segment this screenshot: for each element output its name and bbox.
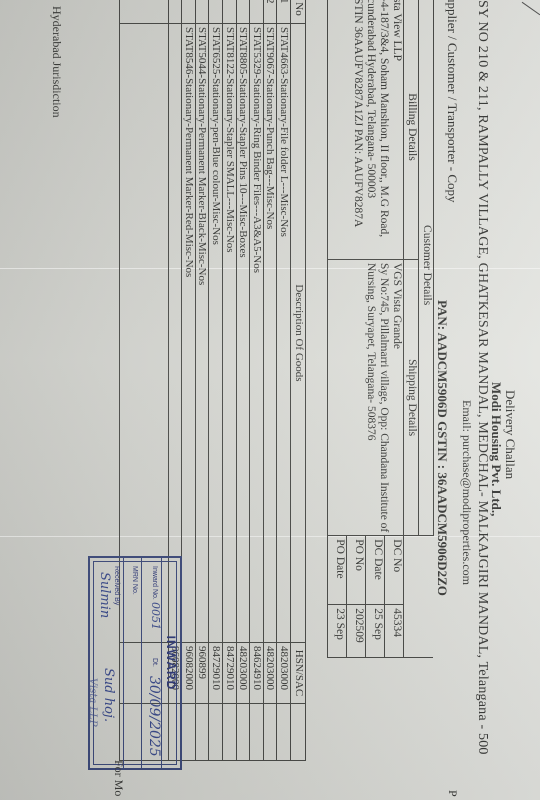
cell-hsn: 48203000 [277, 643, 291, 704]
cell-sno [250, 0, 264, 24]
inward-no-value: 0051 [149, 602, 162, 630]
dc-date-value: 25 Sep [366, 605, 385, 658]
cell-sno [236, 0, 250, 24]
company-address: SY NO 210 & 211, RAMPALLY VILLAGE, GHATK… [474, 0, 490, 755]
party-details-table: Customer Details Billing Details Shippin… [327, 0, 434, 658]
table-row: STAT8805-Stationary-Stapler Pins 10---Mi… [236, 0, 250, 761]
cell-sno [209, 0, 223, 24]
cell-description: STAT8122-Stationary-Stapler SMALL---Misc… [223, 24, 237, 643]
cell-hsn: 84624910 [250, 643, 264, 704]
cell-sno: 2 [263, 0, 277, 24]
cell-description [168, 24, 182, 643]
table-row: STAT5329-Stationary-Ring Binder Files---… [250, 0, 264, 761]
copy-label: upplier / Customer / Transporter - Copy [444, 0, 460, 203]
billing-details-header: Billing Details [404, 0, 419, 260]
table-row: STAT8546-Stationary-Permanent Marker-Red… [182, 0, 196, 761]
received-by-label: Received By [113, 566, 120, 605]
customer-details-header: Customer Details [419, 0, 434, 536]
billing-address: sta View LLP -4-187/3&4, Soham Manshion,… [328, 0, 404, 260]
signature: Sud hoj. [101, 668, 116, 722]
inward-stamp: INWARD Inward No. 0051 Dt. 30/09/2025 MR… [88, 556, 182, 770]
date-value: 30/09/2025 [146, 676, 162, 757]
stamp-title: INWARD [164, 558, 178, 768]
po-date-label: PO Date [328, 536, 347, 605]
cell-sno [182, 0, 196, 24]
cell-sno [195, 0, 209, 24]
date-label: Dt. [151, 658, 158, 667]
table-row: STAT8122-Stationary-Stapler SMALL---Misc… [223, 0, 237, 761]
company-email: Email: purchase@modiproperties.com [459, 400, 474, 585]
cell-description: STAT9067-Stationary-Punch Bag---Misc-Nos [263, 24, 277, 643]
table-row: STAT6525-Stationary-pen-Blue colour-Misc… [209, 0, 223, 761]
dc-no-label: DC No [385, 536, 404, 605]
col-header-hsn: HSN/SAC [291, 643, 306, 704]
mrn-label: MRN No. [131, 566, 138, 595]
col-header-sno: No [291, 0, 306, 24]
cell-hsn: 96082000 [182, 643, 196, 704]
cell-description: STAT4663-Stationary-File folder L---Misc… [277, 24, 291, 643]
pan-gstin: PAN: AADCM5906D GSTIN : 36AADCM5906D2ZO [434, 300, 450, 596]
delivery-challan-sheet: Delivery Challan Modi Housing Pvt. Ltd.,… [0, 0, 540, 800]
document-title: Delivery Challan [502, 390, 518, 479]
for-company-label: For Mo [111, 760, 126, 796]
dc-date-label: DC Date [366, 536, 385, 605]
company-name: Modi Housing Pvt. Ltd., [488, 382, 504, 516]
dc-no-value: 45334 [385, 605, 404, 658]
received-by-value: Sulmin [97, 572, 112, 618]
table-row: 2STAT9067-Stationary-Punch Bag---Misc-No… [263, 0, 277, 761]
table-row: 1STAT4663-Stationary-File folder L---Mis… [277, 0, 291, 761]
col-header-description: Description Of Goods [291, 24, 306, 643]
stamp-entity: Vista LLP [87, 678, 98, 727]
pen-mark [522, 2, 540, 15]
po-no-label: PO No [347, 536, 366, 605]
cell-hsn: 84729010 [223, 643, 237, 704]
inward-no-label: Inward No. [151, 566, 158, 600]
shipping-details-header: Shipping Details [404, 260, 419, 536]
cell-description: STAT6525-Stationary-pen-Blue colour-Misc… [209, 24, 223, 643]
cell-description: STAT5044-Stationary-Permanent Marker-Bla… [195, 24, 209, 643]
shipping-address: VGS Vista Grande Sy No:745, Pillalmarri … [328, 260, 404, 536]
cell-hsn: 84729010 [209, 643, 223, 704]
cell-hsn: 48203000 [236, 643, 250, 704]
po-date-value: 23 Sep [328, 605, 347, 658]
cell-description: STAT8546-Stationary-Permanent Marker-Red… [182, 24, 196, 643]
po-no-value: 202509 [347, 605, 366, 658]
jurisdiction-note: Hyderabad Jurisdiction [49, 6, 64, 118]
cell-sno: 1 [277, 0, 291, 24]
table-row: STAT5044-Stationary-Permanent Marker-Bla… [195, 0, 209, 761]
cell-description: STAT8805-Stationary-Stapler Pins 10---Mi… [236, 24, 250, 643]
cell-hsn: 48203000 [263, 643, 277, 704]
cell-description: STAT5329-Stationary-Ring Binder Files---… [250, 24, 264, 643]
cell-sno [168, 0, 182, 24]
cell-hsn: 960899 [195, 643, 209, 704]
cell-sno [223, 0, 237, 24]
corner-mark: P [445, 790, 460, 797]
